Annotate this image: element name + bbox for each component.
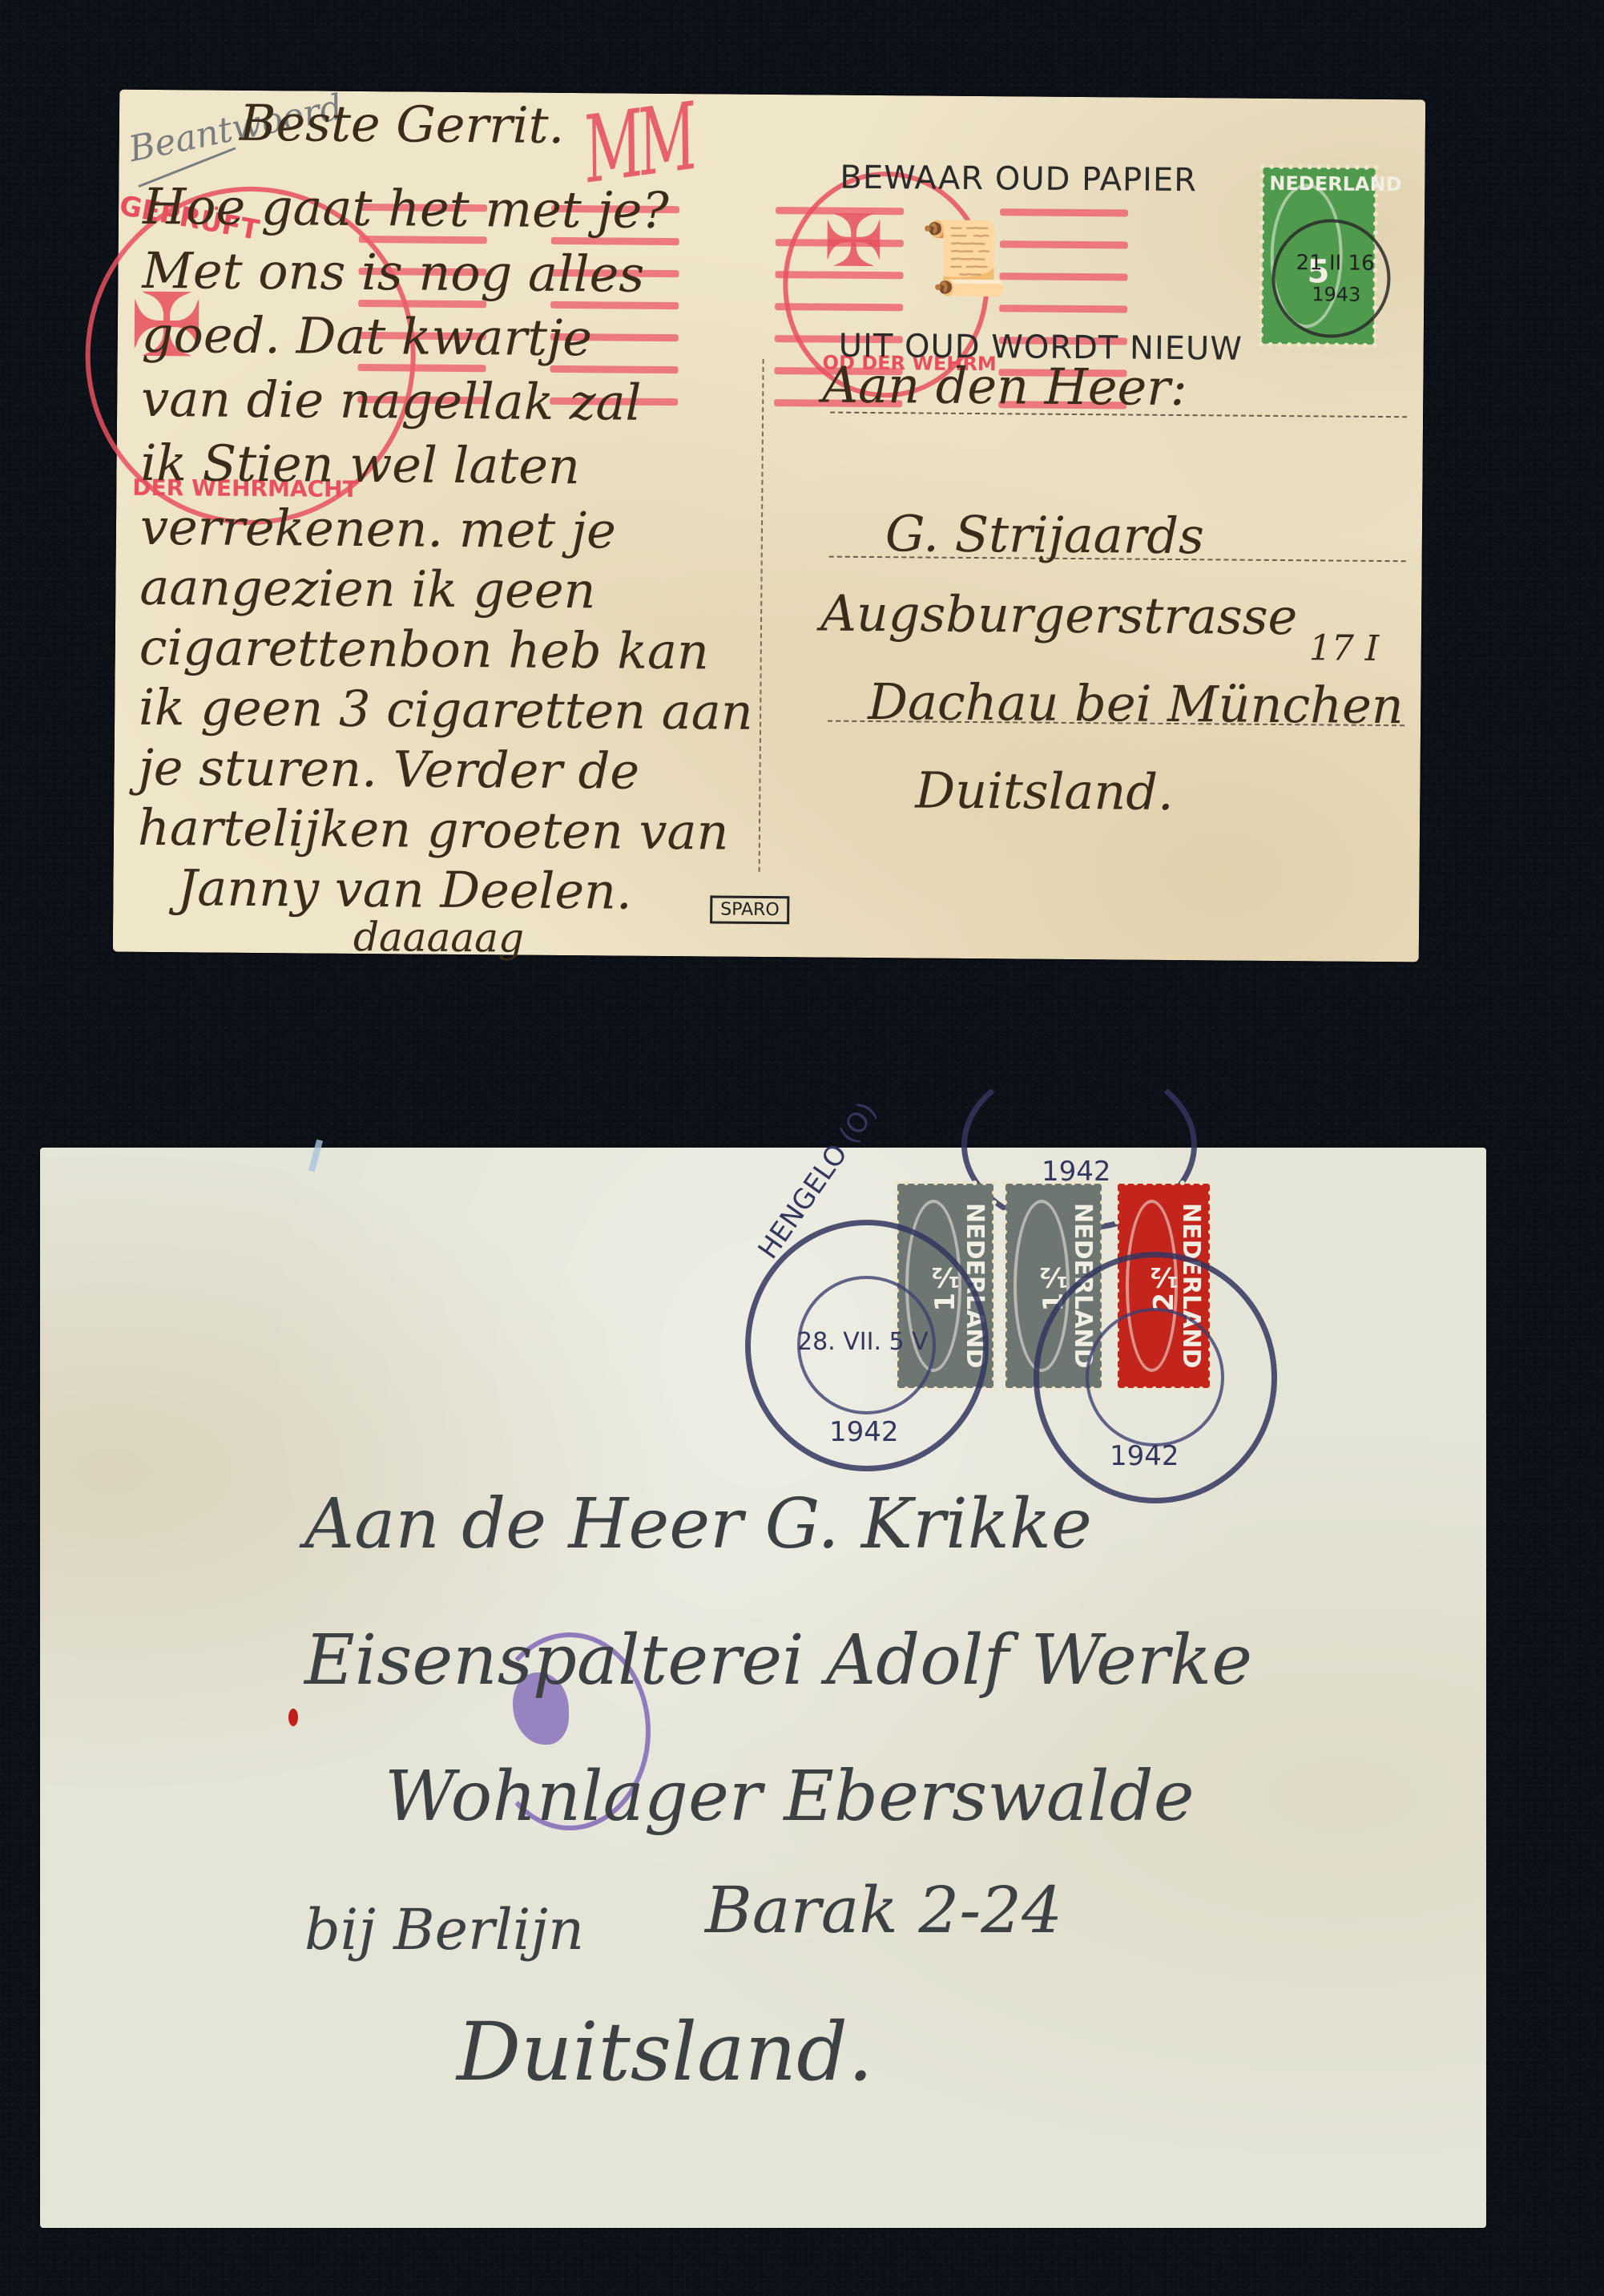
postmark-date: 21 II 16 bbox=[1296, 251, 1374, 276]
envelope: 1942 NEDERLAND 1½ NEDERLAND 1½ NEDERLAND… bbox=[40, 1148, 1486, 2228]
eagle-emblem-icon: ✠ bbox=[823, 200, 884, 284]
publisher-logo-sparo: SPARO bbox=[710, 895, 790, 924]
postcard: Beantwoord MM GEPRÜFT ✠ DER WEHRMACHT ✠ … bbox=[113, 90, 1425, 962]
postmark-zaandam bbox=[1272, 219, 1391, 338]
postmark-year: 1943 bbox=[1312, 283, 1360, 305]
paper-fiber bbox=[308, 1140, 323, 1172]
paper-bundle-illustration-icon: 📜 bbox=[919, 216, 1010, 301]
slogan-cancel-line1: BEWAAR OUD PAPIER bbox=[840, 159, 1197, 199]
postmark-inner-ring bbox=[1086, 1308, 1224, 1447]
red-wax-dot bbox=[288, 1709, 298, 1726]
